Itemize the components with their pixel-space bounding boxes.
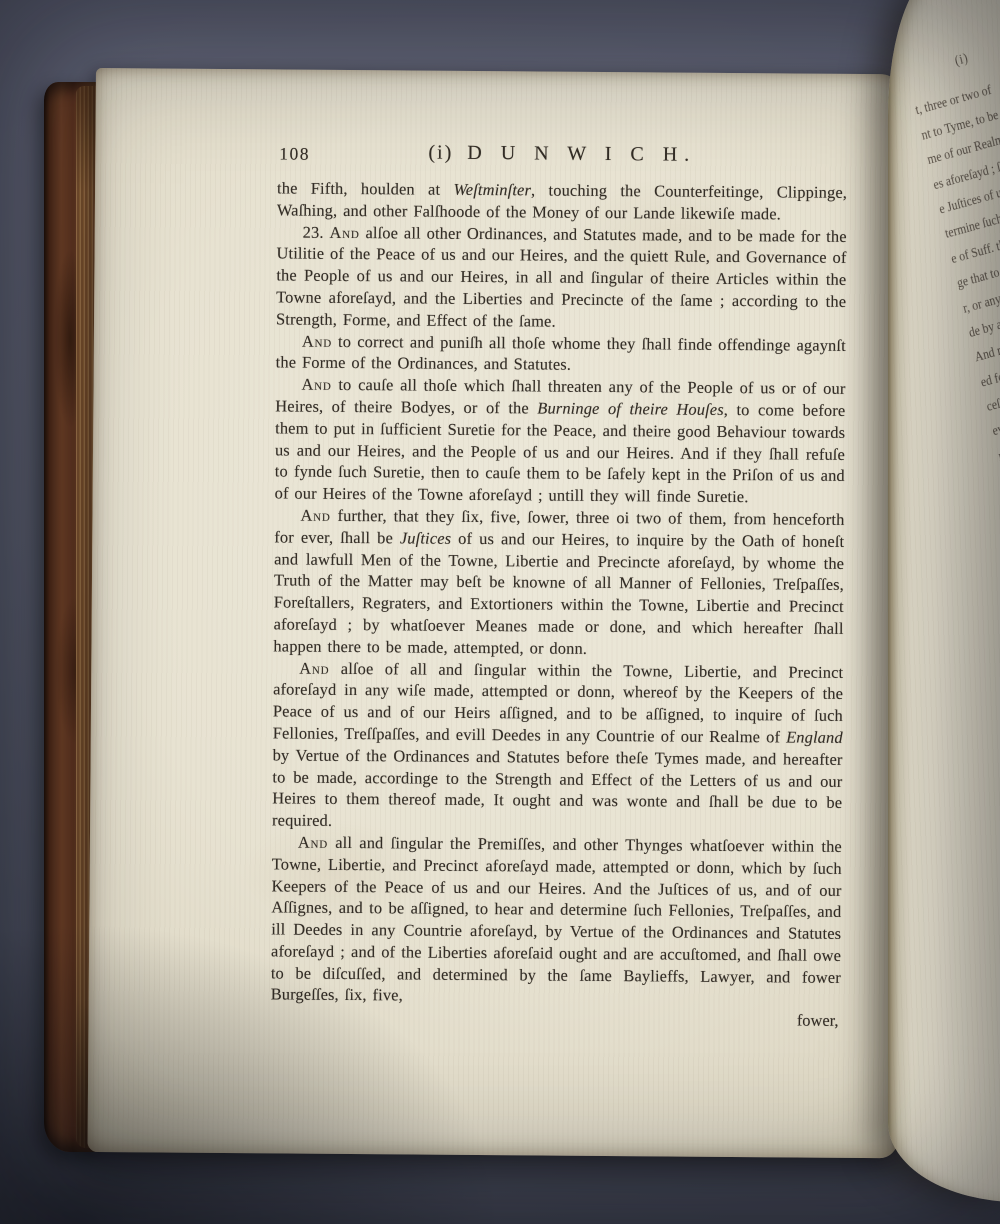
- right-page-curl: (i) t, three or two ofnt to Tyme, to be …: [888, 0, 1000, 1202]
- left-page-content: 108 (i)D U N W I C H. the Fifth, houlden…: [270, 139, 847, 1032]
- paragraph: And to cauſe all thoſe which ſhall threa…: [275, 374, 846, 509]
- paragraph: And all and ſingular the Premiſſes, and …: [271, 831, 842, 1010]
- paragraph: 23. And alſoe all other Ordinances, and …: [276, 221, 847, 334]
- photo-background: 108 (i)D U N W I C H. the Fifth, houlden…: [0, 0, 1000, 1224]
- page-header: 108 (i)D U N W I C H.: [277, 139, 847, 173]
- running-title: (i)D U N W I C H.: [277, 139, 847, 167]
- text-block: the Fifth, houlden at Weſtminſter, touch…: [271, 177, 847, 1010]
- header-section-mark: (i): [428, 142, 453, 164]
- right-page-text: (i) t, three or two ofnt to Tyme, to be …: [904, 7, 1000, 1061]
- paragraph: And to correct and puniſh all thoſe whom…: [276, 330, 846, 378]
- catchword: fower,: [270, 1006, 840, 1032]
- left-page: 108 (i)D U N W I C H. the Fifth, houlden…: [87, 68, 905, 1158]
- paragraph: And further, that they ſix, five, ſower,…: [273, 504, 844, 661]
- page-title: D U N W I C H.: [467, 142, 696, 166]
- right-page-header-mark: (i): [952, 7, 1000, 74]
- paragraph: the Fifth, houlden at Weſtminſter, touch…: [277, 177, 847, 225]
- right-page-fragments: t, three or two ofnt to Tyme, to be ome …: [913, 43, 1000, 1061]
- paragraph: And alſoe of all and ſingular within the…: [272, 657, 843, 836]
- page-number: 108: [279, 143, 310, 164]
